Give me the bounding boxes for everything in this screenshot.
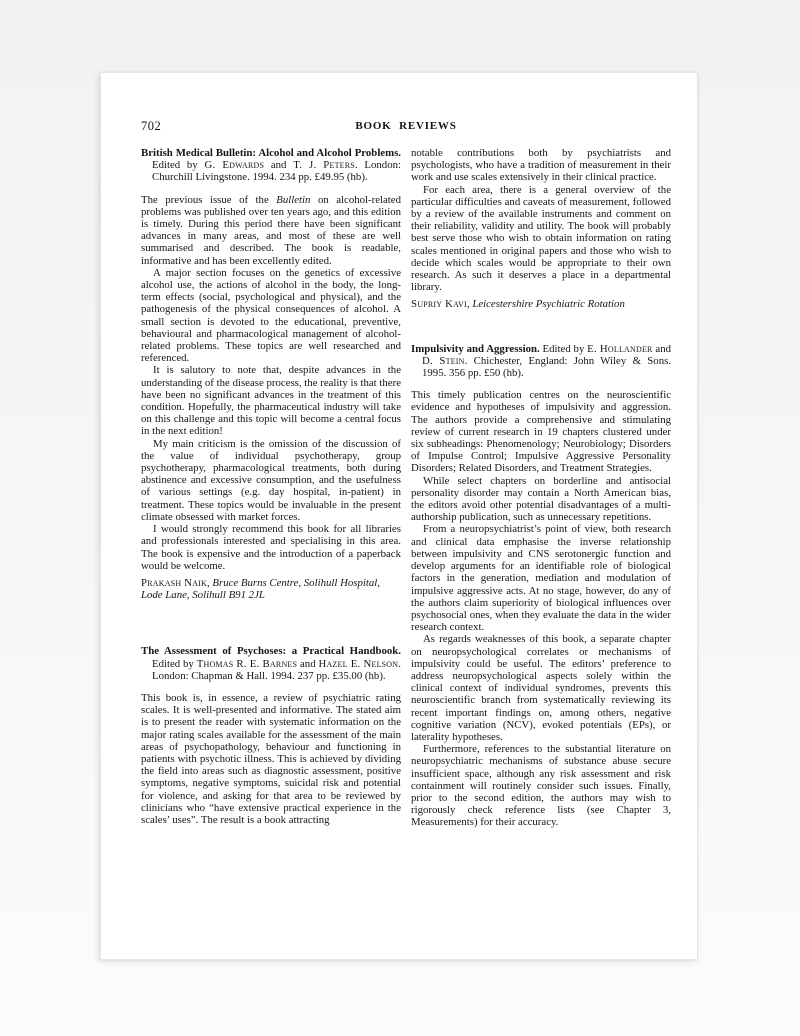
text-run: and (264, 159, 293, 171)
text-run: The previous issue of the (141, 194, 276, 206)
text-run: Edited by (152, 159, 204, 171)
text-run: It is salutory to note that, despite adv… (141, 364, 401, 437)
text-run: Bulletin (276, 194, 310, 206)
running-head: BOOK REVIEWS (141, 120, 671, 132)
reviewer-signature: Prakash Naik, Bruce Burns Centre, Solihu… (141, 577, 401, 601)
review-heading-impulsivity-and-aggression: Impulsivity and Aggression. Edited by E.… (411, 343, 671, 380)
paragraph: The previous issue of the Bulletin on al… (141, 194, 401, 267)
text-run: This timely publication centres on the n… (411, 389, 671, 474)
text-run: British Medical Bulletin: Alcohol and Al… (141, 147, 401, 159)
text-run: Supriy Kavi (411, 298, 467, 310)
two-column-text: British Medical Bulletin: Alcohol and Al… (141, 147, 671, 829)
paragraph: This timely publication centres on the n… (411, 389, 671, 474)
column-left: British Medical Bulletin: Alcohol and Al… (141, 147, 401, 829)
text-run: D. Stein (422, 355, 465, 367)
paragraph: From a neuropsychiatrist’s point of view… (411, 523, 671, 633)
text-run: Thomas R. E. Barnes (197, 658, 297, 670)
column-right: notable contributions both by psychiatri… (411, 147, 671, 829)
text-run: notable contributions both by psychiatri… (411, 147, 671, 183)
journal-page: 702 BOOK REVIEWS British Medical Bulleti… (100, 72, 698, 960)
text-run: E. Hollander (587, 343, 652, 355)
text-run: Impulsivity and Aggression. (411, 343, 540, 355)
paragraph: While select chapters on borderline and … (411, 475, 671, 524)
reviewer-signature: Supriy Kavi, Leicestershire Psychiatric … (411, 298, 671, 310)
paragraph: As regards weaknesses of this book, a se… (411, 633, 671, 743)
review-heading-british-medical-bulletin: British Medical Bulletin: Alcohol and Al… (141, 147, 401, 184)
paragraph: For each area, there is a general overvi… (411, 184, 671, 294)
paragraph: Furthermore, references to the substanti… (411, 743, 671, 828)
text-run: As regards weaknesses of this book, a se… (411, 633, 671, 743)
text-run: The Assessment of Psychoses: a Practical… (141, 645, 401, 657)
text-run: This book is, in essence, a review of ps… (141, 692, 401, 826)
page-header: 702 BOOK REVIEWS (141, 119, 671, 135)
text-run: Prakash Naik (141, 577, 207, 589)
text-run: Edited by (152, 658, 197, 670)
review-heading-assessment-of-psychoses: The Assessment of Psychoses: a Practical… (141, 645, 401, 682)
text-run: I would strongly recommend this book for… (141, 523, 401, 572)
text-run: T. J. Peters (293, 159, 355, 171)
text-run: While select chapters on borderline and … (411, 475, 671, 524)
paragraph: It is salutory to note that, despite adv… (141, 364, 401, 437)
paragraph: A major section focuses on the genetics … (141, 267, 401, 365)
text-run: For each area, there is a general overvi… (411, 184, 671, 294)
paragraph: This book is, in essence, a review of ps… (141, 692, 401, 826)
scan-background: 702 BOOK REVIEWS British Medical Bulleti… (0, 0, 800, 1036)
text-run: and (297, 658, 318, 670)
paragraph-continuation: notable contributions both by psychiatri… (411, 147, 671, 184)
paragraph: My main criticism is the omission of the… (141, 438, 401, 523)
text-run: Furthermore, references to the substanti… (411, 743, 671, 828)
paragraph: I would strongly recommend this book for… (141, 523, 401, 572)
text-run: Hazel E. Nelson (318, 658, 398, 670)
text-run: and (653, 343, 671, 355)
text-run: G. Edwards (204, 159, 264, 171)
text-run: My main criticism is the omission of the… (141, 438, 401, 523)
text-run: Leicestershire Psychiatric Rotation (472, 298, 625, 310)
text-run: A major section focuses on the genetics … (141, 267, 401, 364)
text-run: Edited by (540, 343, 587, 355)
text-run: From a neuropsychiatrist’s point of view… (411, 523, 671, 633)
